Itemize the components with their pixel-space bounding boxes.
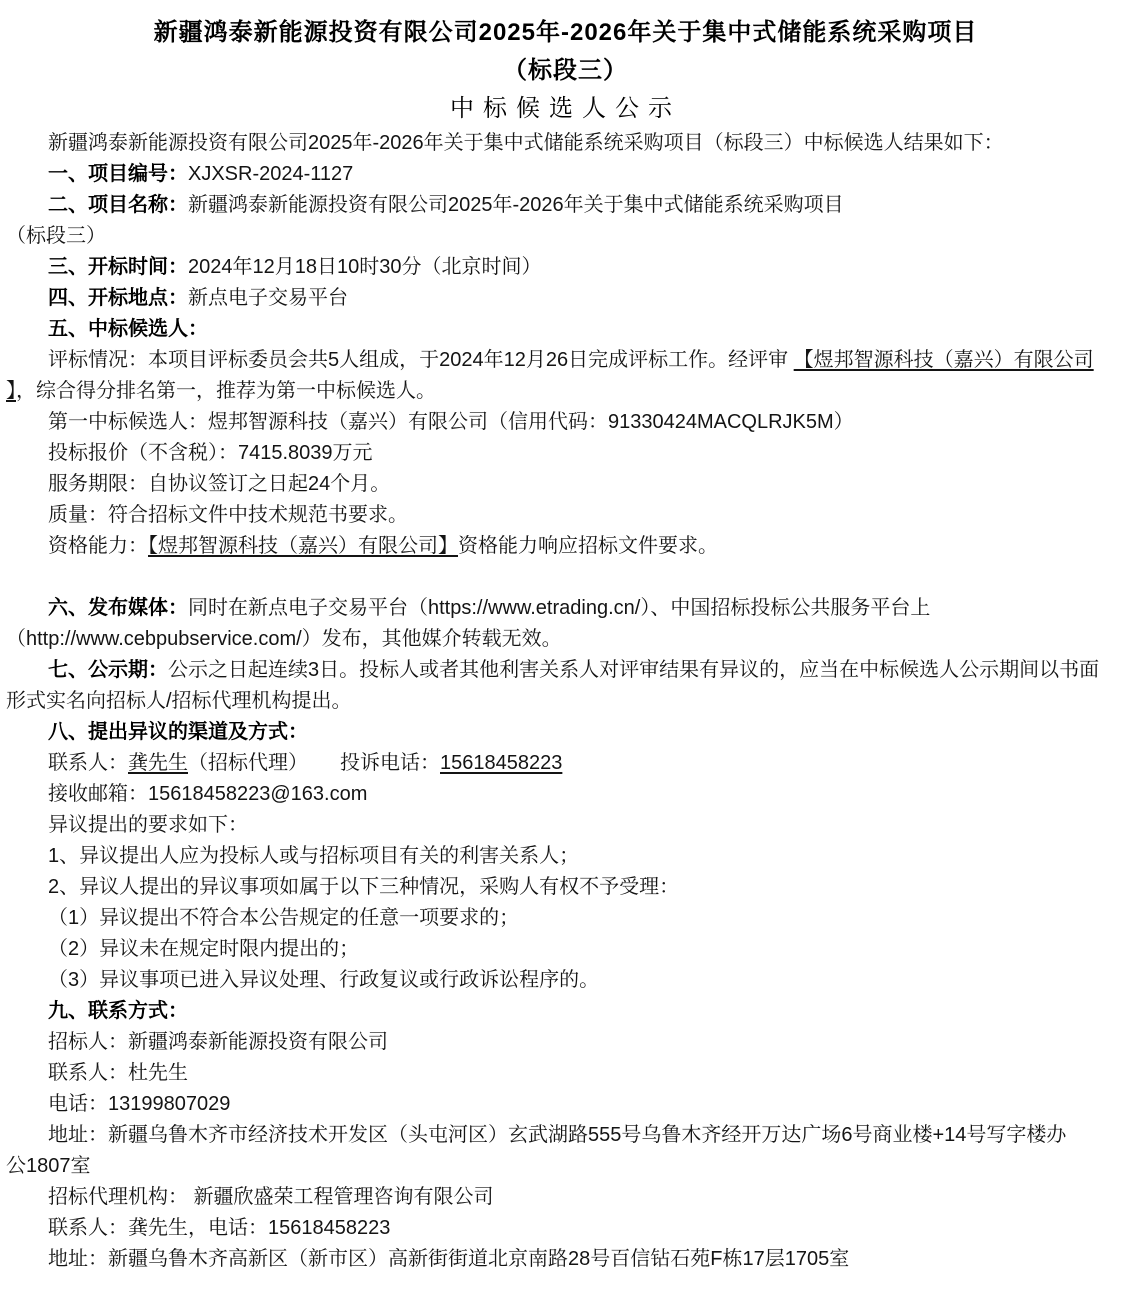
- opening-time-value: 2024年12月18日10时30分（北京时间）: [188, 256, 541, 278]
- opening-time-label: 三、开标时间：: [48, 256, 188, 278]
- objection-phone-number: 15618458223: [440, 752, 562, 774]
- evaluation-company-underlined: 【煜邦智源科技（嘉兴）有限公司: [794, 349, 1094, 371]
- objection-contact-role: （招标代理）: [188, 752, 308, 774]
- tenderer-address-line: 地址：新疆乌鲁木齐市经济技术开发区（头屯河区）玄武湖路555号乌鲁木齐经开万达广…: [6, 1120, 1125, 1151]
- publicity-wrap-line: 形式实名向招标人/招标代理机构提出。: [6, 686, 1125, 717]
- opening-place-value: 新点电子交易平台: [188, 287, 348, 309]
- media-label: 六、发布媒体：: [48, 597, 188, 619]
- objection-contact-label: 联系人：: [48, 752, 128, 774]
- service-period-line: 服务期限：自协议签订之日起24个月。: [6, 469, 1125, 500]
- objection-rule-2-1: （1）异议提出不符合本公告规定的任意一项要求的；: [6, 903, 1125, 934]
- project-name-line: 二、项目名称：新疆鸿泰新能源投资有限公司2025年-2026年关于集中式储能系统…: [6, 190, 1125, 221]
- objection-rule-2: 2、异议人提出的异议事项如属于以下三种情况，采购人有权不予受理：: [6, 872, 1125, 903]
- objection-rules-intro: 异议提出的要求如下：: [6, 810, 1125, 841]
- contacts-heading: 九、联系方式：: [6, 996, 1125, 1027]
- media-text-line1: 同时在新点电子交易平台（https://www.etrading.cn/）、中国…: [188, 597, 930, 619]
- tenderer-address-wrap-line: 公1807室: [6, 1151, 1125, 1182]
- publicity-text-line1: 公示之日起连续3日。投标人或者其他利害关系人对评审结果有异议的，应当在中标候选人…: [168, 659, 1099, 681]
- qualification-label: 资格能力：: [48, 535, 148, 557]
- evaluation-wrap-line: 】，综合得分排名第一，推荐为第一中标候选人。: [6, 376, 1125, 407]
- objection-contact-line: 联系人：龚先生（招标代理）投诉电话：15618458223: [6, 748, 1125, 779]
- bid-price-line: 投标报价（不含税）：7415.8039万元: [6, 438, 1125, 469]
- project-name-label: 二、项目名称：: [48, 194, 188, 216]
- qualification-line: 资格能力：【煜邦智源科技（嘉兴）有限公司】资格能力响应招标文件要求。: [6, 531, 1125, 562]
- contacts-heading-label: 九、联系方式：: [48, 1000, 188, 1022]
- tenderer-phone-line: 电话：13199807029: [6, 1089, 1125, 1120]
- document-title-line2: （标段三）: [6, 52, 1125, 90]
- project-number-value: XJXSR-2024-1127: [188, 163, 353, 185]
- document-title-line3: 中标候选人公示: [6, 90, 1125, 128]
- objection-phone-label: 投诉电话：: [340, 752, 440, 774]
- candidates-heading-label: 五、中标候选人：: [48, 318, 208, 340]
- objection-rule-2-3: （3）异议事项已进入异议处理、行政复议或行政诉讼程序的。: [6, 965, 1125, 996]
- announcement-document: 新疆鸿泰新能源投资有限公司2025年-2026年关于集中式储能系统采购项目 （标…: [0, 0, 1139, 1295]
- evaluation-line: 评标情况：本项目评标委员会共5人组成，于2024年12月26日完成评标工作。经评…: [6, 345, 1125, 376]
- blank-line: [6, 562, 1125, 593]
- objection-heading: 八、提出异议的渠道及方式：: [6, 717, 1125, 748]
- evaluation-company-bracket: 】: [6, 380, 16, 402]
- project-number-line: 一、项目编号：XJXSR-2024-1127: [6, 159, 1125, 190]
- objection-rule-2-2: （2）异议未在规定时限内提出的；: [6, 934, 1125, 965]
- project-name-value: 新疆鸿泰新能源投资有限公司2025年-2026年关于集中式储能系统采购项目: [188, 194, 844, 216]
- objection-contact-name: 龚先生: [128, 752, 188, 774]
- project-name-wrap-line: （标段三）: [6, 221, 1125, 252]
- media-wrap-line: （http://www.cebpubservice.com/）发布，其他媒介转载…: [6, 624, 1125, 655]
- project-number-label: 一、项目编号：: [48, 163, 188, 185]
- publicity-label: 七、公示期：: [48, 659, 168, 681]
- evaluation-suffix: ，综合得分排名第一，推荐为第一中标候选人。: [16, 380, 436, 402]
- agency-contact-line: 联系人：龚先生，电话：15618458223: [6, 1213, 1125, 1244]
- first-candidate-line: 第一中标候选人：煜邦智源科技（嘉兴）有限公司（信用代码：91330424MACQ…: [6, 407, 1125, 438]
- objection-heading-label: 八、提出异议的渠道及方式：: [48, 721, 308, 743]
- opening-time-line: 三、开标时间：2024年12月18日10时30分（北京时间）: [6, 252, 1125, 283]
- candidates-heading: 五、中标候选人：: [6, 314, 1125, 345]
- objection-rule-1: 1、异议提出人应为投标人或与招标项目有关的利害关系人；: [6, 841, 1125, 872]
- tenderer-contact-line: 联系人：杜先生: [6, 1058, 1125, 1089]
- evaluation-text: 评标情况：本项目评标委员会共5人组成，于2024年12月26日完成评标工作。经评…: [48, 349, 794, 371]
- document-title-line1: 新疆鸿泰新能源投资有限公司2025年-2026年关于集中式储能系统采购项目: [6, 14, 1125, 52]
- media-line: 六、发布媒体：同时在新点电子交易平台（https://www.etrading.…: [6, 593, 1125, 624]
- opening-place-label: 四、开标地点：: [48, 287, 188, 309]
- qualification-company-underlined: 【煜邦智源科技（嘉兴）有限公司】: [148, 535, 458, 557]
- agency-line: 招标代理机构： 新疆欣盛荣工程管理咨询有限公司: [6, 1182, 1125, 1213]
- opening-place-line: 四、开标地点：新点电子交易平台: [6, 283, 1125, 314]
- intro-paragraph: 新疆鸿泰新能源投资有限公司2025年-2026年关于集中式储能系统采购项目（标段…: [6, 128, 1125, 159]
- tenderer-line: 招标人：新疆鸿泰新能源投资有限公司: [6, 1027, 1125, 1058]
- qualification-suffix: 资格能力响应招标文件要求。: [458, 535, 718, 557]
- objection-email-line: 接收邮箱：15618458223@163.com: [6, 779, 1125, 810]
- publicity-line: 七、公示期：公示之日起连续3日。投标人或者其他利害关系人对评审结果有异议的，应当…: [6, 655, 1125, 686]
- quality-line: 质量：符合招标文件中技术规范书要求。: [6, 500, 1125, 531]
- agency-address-line: 地址：新疆乌鲁木齐高新区（新市区）高新街街道北京南路28号百信钻石苑F栋17层1…: [6, 1244, 1125, 1275]
